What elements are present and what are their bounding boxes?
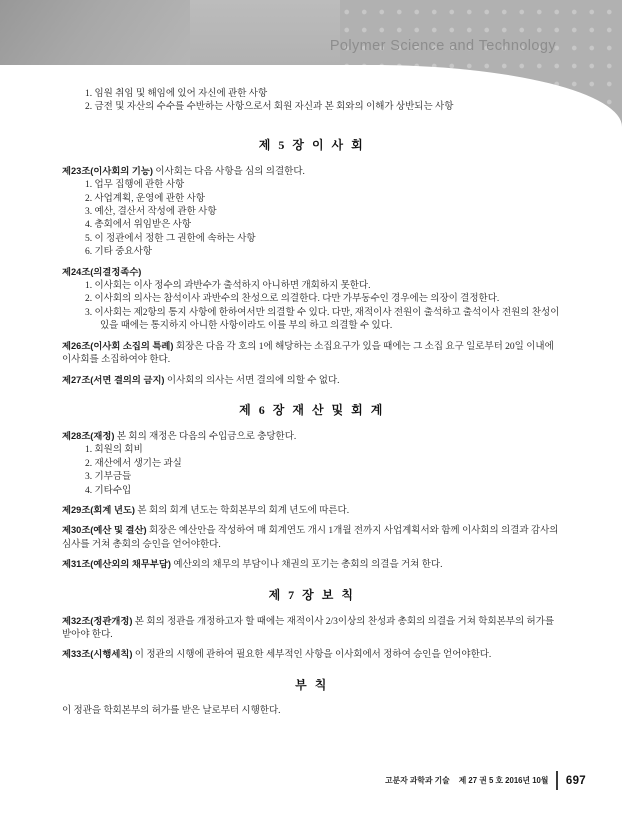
list-item: 4. 기타수입 xyxy=(85,485,562,498)
list-item: 2. 재산에서 생기는 과실 xyxy=(85,458,562,471)
chapter-7-heading: 제 7 장 보 칙 xyxy=(62,587,562,603)
list-item: 3. 예산, 결산서 작성에 관한 사항 xyxy=(85,206,562,219)
article-29: 제29조(회계 년도) 본 회의 회계 년도는 학회본부의 회계 년도에 따른다… xyxy=(62,504,562,518)
list-item: 1. 업무 집행에 관한 사항 xyxy=(85,179,562,192)
article-27-label: 제27조(서면 결의의 금지) xyxy=(62,375,165,385)
article-23-text: 이사회는 다음 사항을 심의 의결한다. xyxy=(153,167,305,177)
article-27: 제27조(서면 결의의 금지) 이사회의 의사는 서면 결의에 의할 수 없다. xyxy=(62,374,562,388)
article-28-text: 본 회의 재정은 다음의 수입금으로 충당한다. xyxy=(114,432,296,442)
list-item: 6. 기타 중요사항 xyxy=(85,246,562,259)
article-32: 제32조(정관개정) 본 회의 정관을 개정하고자 할 때에는 재적이사 2/3… xyxy=(62,615,562,643)
article-29-text: 본 회의 회계 년도는 학회본부의 회계 년도에 따른다. xyxy=(135,506,349,516)
addendum-text: 이 정관을 학회본부의 허가를 받은 날로부터 시행한다. xyxy=(62,705,562,718)
list-item: 3. 기부금들 xyxy=(85,471,562,484)
article-33-label: 제33조(시행세칙) xyxy=(62,649,132,659)
article-27-text: 이사회의 의사는 서면 결의에 의할 수 없다. xyxy=(165,376,340,386)
article-24-label: 제24조(의결정족수) xyxy=(62,267,141,277)
article-26: 제26조(이사회 소집의 특례) 회장은 다음 각 호의 1에 해당하는 소집요… xyxy=(62,340,562,368)
footer-divider xyxy=(556,771,558,790)
article-30: 제30조(예산 및 결산) 회장은 예산안을 작성하여 매 회계연도 개시 1개… xyxy=(62,524,562,552)
list-item: 2. 이사회의 의사는 참석이사 과반수의 찬성으로 의결한다. 다만 가부동수… xyxy=(85,293,562,306)
article-31-text: 예산외의 채무의 부담이나 채권의 포기는 총회의 의결을 거쳐 한다. xyxy=(171,560,443,570)
list-item: 4. 총회에서 위임받은 사항 xyxy=(85,219,562,232)
article-28-list: 1. 회원의 회비 2. 재산에서 생기는 과실 3. 기부금들 4. 기타수입 xyxy=(62,444,562,498)
footer-journal-name: 고분자 과학과 기술 xyxy=(385,775,450,786)
list-item: 1. 회원의 회비 xyxy=(85,444,562,457)
article-29-label: 제29조(회계 년도) xyxy=(62,505,135,515)
header-gradient-mid xyxy=(190,0,340,66)
page-number: 697 xyxy=(566,775,586,787)
list-item: 1. 이사회는 이사 정수의 과반수가 출석하지 아니하면 개회하지 못한다. xyxy=(85,280,562,293)
document-content: 1. 임원 취임 및 해임에 있어 자신에 관한 사항 2. 금전 및 자산의 … xyxy=(62,88,562,718)
article-26-label: 제26조(이사회 소집의 특례) xyxy=(62,341,174,351)
article-32-label: 제32조(정관개정) xyxy=(62,616,132,626)
chapter-6-heading: 제 6 장 재 산 및 회 계 xyxy=(62,402,562,418)
page-footer: 고분자 과학과 기술 제 27 권 5 호 2016년 10월 697 xyxy=(385,771,586,790)
article-33-text: 이 정관의 시행에 관하여 필요한 세부적인 사항을 이사회에서 정하여 승인을… xyxy=(132,650,491,660)
article-33: 제33조(시행세칙) 이 정관의 시행에 관하여 필요한 세부적인 사항을 이사… xyxy=(62,648,562,662)
intro-list: 1. 임원 취임 및 해임에 있어 자신에 관한 사항 2. 금전 및 자산의 … xyxy=(62,88,562,115)
list-item: 2. 금전 및 자산의 수수를 수반하는 사항으로서 회원 자신과 본 회와의 … xyxy=(85,101,562,114)
article-23: 제23조(이사회의 기능) 이사회는 다음 사항을 심의 의결한다. xyxy=(62,165,562,179)
article-23-list: 1. 업무 집행에 관한 사항 2. 사업계획, 운영에 관한 사항 3. 예산… xyxy=(62,179,562,259)
article-28-label: 제28조(재정) xyxy=(62,431,114,441)
list-item: 3. 이사회는 제2항의 통지 사항에 한하여서만 의결할 수 있다. 다만, … xyxy=(85,307,562,334)
article-31-label: 제31조(예산외의 채무부담) xyxy=(62,559,171,569)
article-31: 제31조(예산외의 채무부담) 예산외의 채무의 부담이나 채권의 포기는 총회… xyxy=(62,558,562,572)
article-30-label: 제30조(예산 및 결산) xyxy=(62,525,147,535)
article-32-text: 본 회의 정관을 개정하고자 할 때에는 재적이사 2/3이상의 찬성과 총회의… xyxy=(62,617,554,640)
header-gradient-left xyxy=(0,0,190,66)
chapter-5-heading: 제 5 장 이 사 회 xyxy=(62,137,562,153)
journal-title: Polymer Science and Technology xyxy=(330,38,556,54)
list-item: 1. 임원 취임 및 해임에 있어 자신에 관한 사항 xyxy=(85,88,562,101)
footer-issue-info: 제 27 권 5 호 2016년 10월 xyxy=(459,775,549,786)
article-24: 제24조(의결정족수) xyxy=(62,266,562,280)
article-23-label: 제23조(이사회의 기능) xyxy=(62,166,153,176)
list-item: 2. 사업계획, 운영에 관한 사항 xyxy=(85,193,562,206)
list-item: 5. 이 정관에서 정한 그 권한에 속하는 사항 xyxy=(85,233,562,246)
addendum-heading: 부 칙 xyxy=(62,677,562,693)
article-24-list: 1. 이사회는 이사 정수의 과반수가 출석하지 아니하면 개회하지 못한다. … xyxy=(62,280,562,334)
article-28: 제28조(재정) 본 회의 재정은 다음의 수입금으로 충당한다. xyxy=(62,430,562,444)
